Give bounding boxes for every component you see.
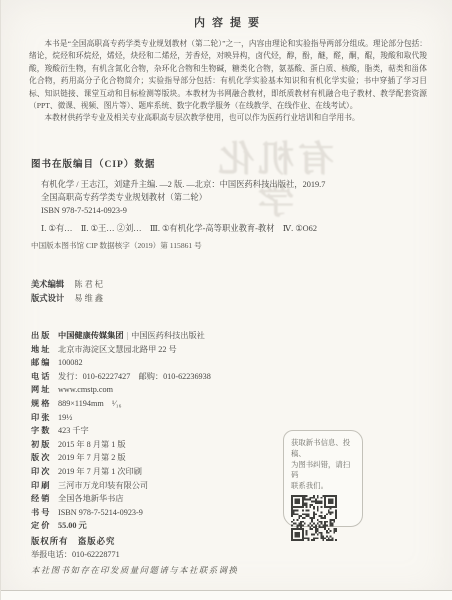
qr-callout-box: 获取新书信息、投稿、 为图书纠错，请扫码 联系我们。 (283, 430, 363, 527)
publisher-group: 中国健康传媒集团 (58, 331, 124, 340)
qr-caption-line: 为图书纠错，请扫码 (291, 460, 356, 482)
publishing-value: 19½ (58, 413, 72, 422)
publishing-value: 889×1194mm ¹⁄₁₆ (58, 399, 121, 408)
publishing-label: 规格 (31, 397, 58, 411)
copyright-page: 有机化学 内容提要 本书是“全国高职高专药学类专业规划教材（第二轮）”之一，内容… (0, 0, 452, 600)
publishing-value: 全国各地新华书店 (58, 494, 124, 503)
publishing-row-publisher: 出版中国健康传媒集团|中国医药科技出版社 (31, 329, 331, 343)
publishing-value: ISBN 978-7-5214-0923-9 (58, 508, 143, 517)
quality-note: 本社图书如存在印发质量问题请与本社联系调换 (31, 564, 238, 576)
publishing-value: 423 千字 (58, 426, 89, 435)
credits-block: 美术编辑陈君杞 版式设计易维鑫 (31, 278, 105, 305)
publishing-label: 书号 (31, 506, 58, 520)
credit-value: 陈君杞 (74, 280, 105, 289)
credit-value: 易维鑫 (74, 294, 105, 303)
publishing-row-sheets: 印张19½ (31, 411, 331, 425)
publishing-value: 2019 年 7 月第 2 版 (58, 453, 126, 462)
publishing-value: 2019 年 7 月第 1 次印刷 (58, 467, 142, 476)
cip-heading: 图书在版编目（CIP）数据 (31, 156, 155, 170)
copyright-notice: 版权所有 盗版必究 (31, 535, 115, 547)
publishing-label: 字数 (31, 424, 58, 438)
publishing-value: 三河市万龙印装有限公司 (58, 481, 148, 490)
publishing-row-postcode: 邮编100082 (31, 356, 331, 370)
page-bottom-edge (1, 590, 452, 600)
credit-label: 版式设计 (31, 294, 64, 303)
publishing-label: 地址 (31, 343, 58, 357)
cip-line: ISBN 978-7-5214-0923-9 (41, 204, 421, 217)
publishing-value: 发行：010-62227427 邮购：010-62236938 (58, 372, 211, 381)
credit-label: 美术编辑 (31, 280, 64, 289)
cip-line: 有机化学 / 王志江，刘建升主编. —2 版. —北京：中国医药科技出版社，20… (41, 178, 421, 191)
publishing-label: 邮编 (31, 356, 58, 370)
qr-code (291, 495, 337, 541)
summary-paragraph: 本教材供药学专业及相关专业高职高专层次教学使用，也可以作为医药行业培训和自学用书… (29, 112, 427, 124)
publishing-label: 初版 (31, 438, 58, 452)
cip-block: 有机化学 / 王志江，刘建升主编. —2 版. —北京：中国医药科技出版社，20… (41, 178, 421, 218)
publishing-row-address: 地址北京市海淀区文慧园北路甲 22 号 (31, 343, 331, 357)
publishing-value: 北京市海淀区文慧园北路甲 22 号 (58, 345, 177, 354)
cip-record-number: 中国版本图书馆 CIP 数据核字（2019）第 115861 号 (31, 240, 411, 251)
publishing-label: 出版 (31, 329, 58, 343)
credit-row: 美术编辑陈君杞 (31, 278, 105, 292)
publishing-value: 中国医药科技出版社 (131, 331, 205, 340)
publishing-label: 印刷 (31, 479, 58, 493)
publishing-row-format: 规格889×1194mm ¹⁄₁₆ (31, 397, 331, 411)
publishing-label: 网址 (31, 383, 58, 397)
publishing-label: 经销 (31, 492, 58, 506)
publishing-value: 100082 (58, 358, 83, 367)
publisher-divider: | (127, 331, 129, 340)
publishing-row-phone: 电话发行：010-62227427 邮购：010-62236938 (31, 370, 331, 384)
qr-caption-line: 获取新书信息、投稿、 (291, 438, 356, 460)
summary-paragraph: 本书是“全国高职高专药学类专业规划教材（第二轮）”之一，内容由理论和实验指导两部… (29, 38, 427, 112)
publishing-label: 印张 (31, 411, 58, 425)
publishing-label: 印次 (31, 465, 58, 479)
cip-line: 全国高职高专药学类专业规划教材（第二轮） (41, 191, 421, 204)
credit-row: 版式设计易维鑫 (31, 292, 105, 306)
publishing-label: 定价 (31, 519, 58, 533)
publishing-label: 电话 (31, 370, 58, 384)
publishing-value: www.cmstp.com (58, 385, 113, 394)
cip-classification: Ⅰ. ①有… Ⅱ. ①王… ②刘… Ⅲ. ①有机化学-高等职业教育-教材 Ⅳ. … (41, 222, 421, 234)
publishing-label: 版次 (31, 451, 58, 465)
publishing-row-website: 网址www.cmstp.com (31, 383, 331, 397)
summary-block: 本书是“全国高职高专药学类专业规划教材（第二轮）”之一，内容由理论和实验指导两部… (29, 38, 427, 125)
report-phone: 举报电话：010-62228771 (31, 549, 120, 560)
publishing-value: 2015 年 8 月第 1 版 (58, 440, 126, 449)
summary-title: 内容提要 (1, 14, 452, 30)
qr-caption-line: 联系我们。 (291, 481, 356, 492)
publishing-value: 55.00 元 (58, 521, 87, 530)
